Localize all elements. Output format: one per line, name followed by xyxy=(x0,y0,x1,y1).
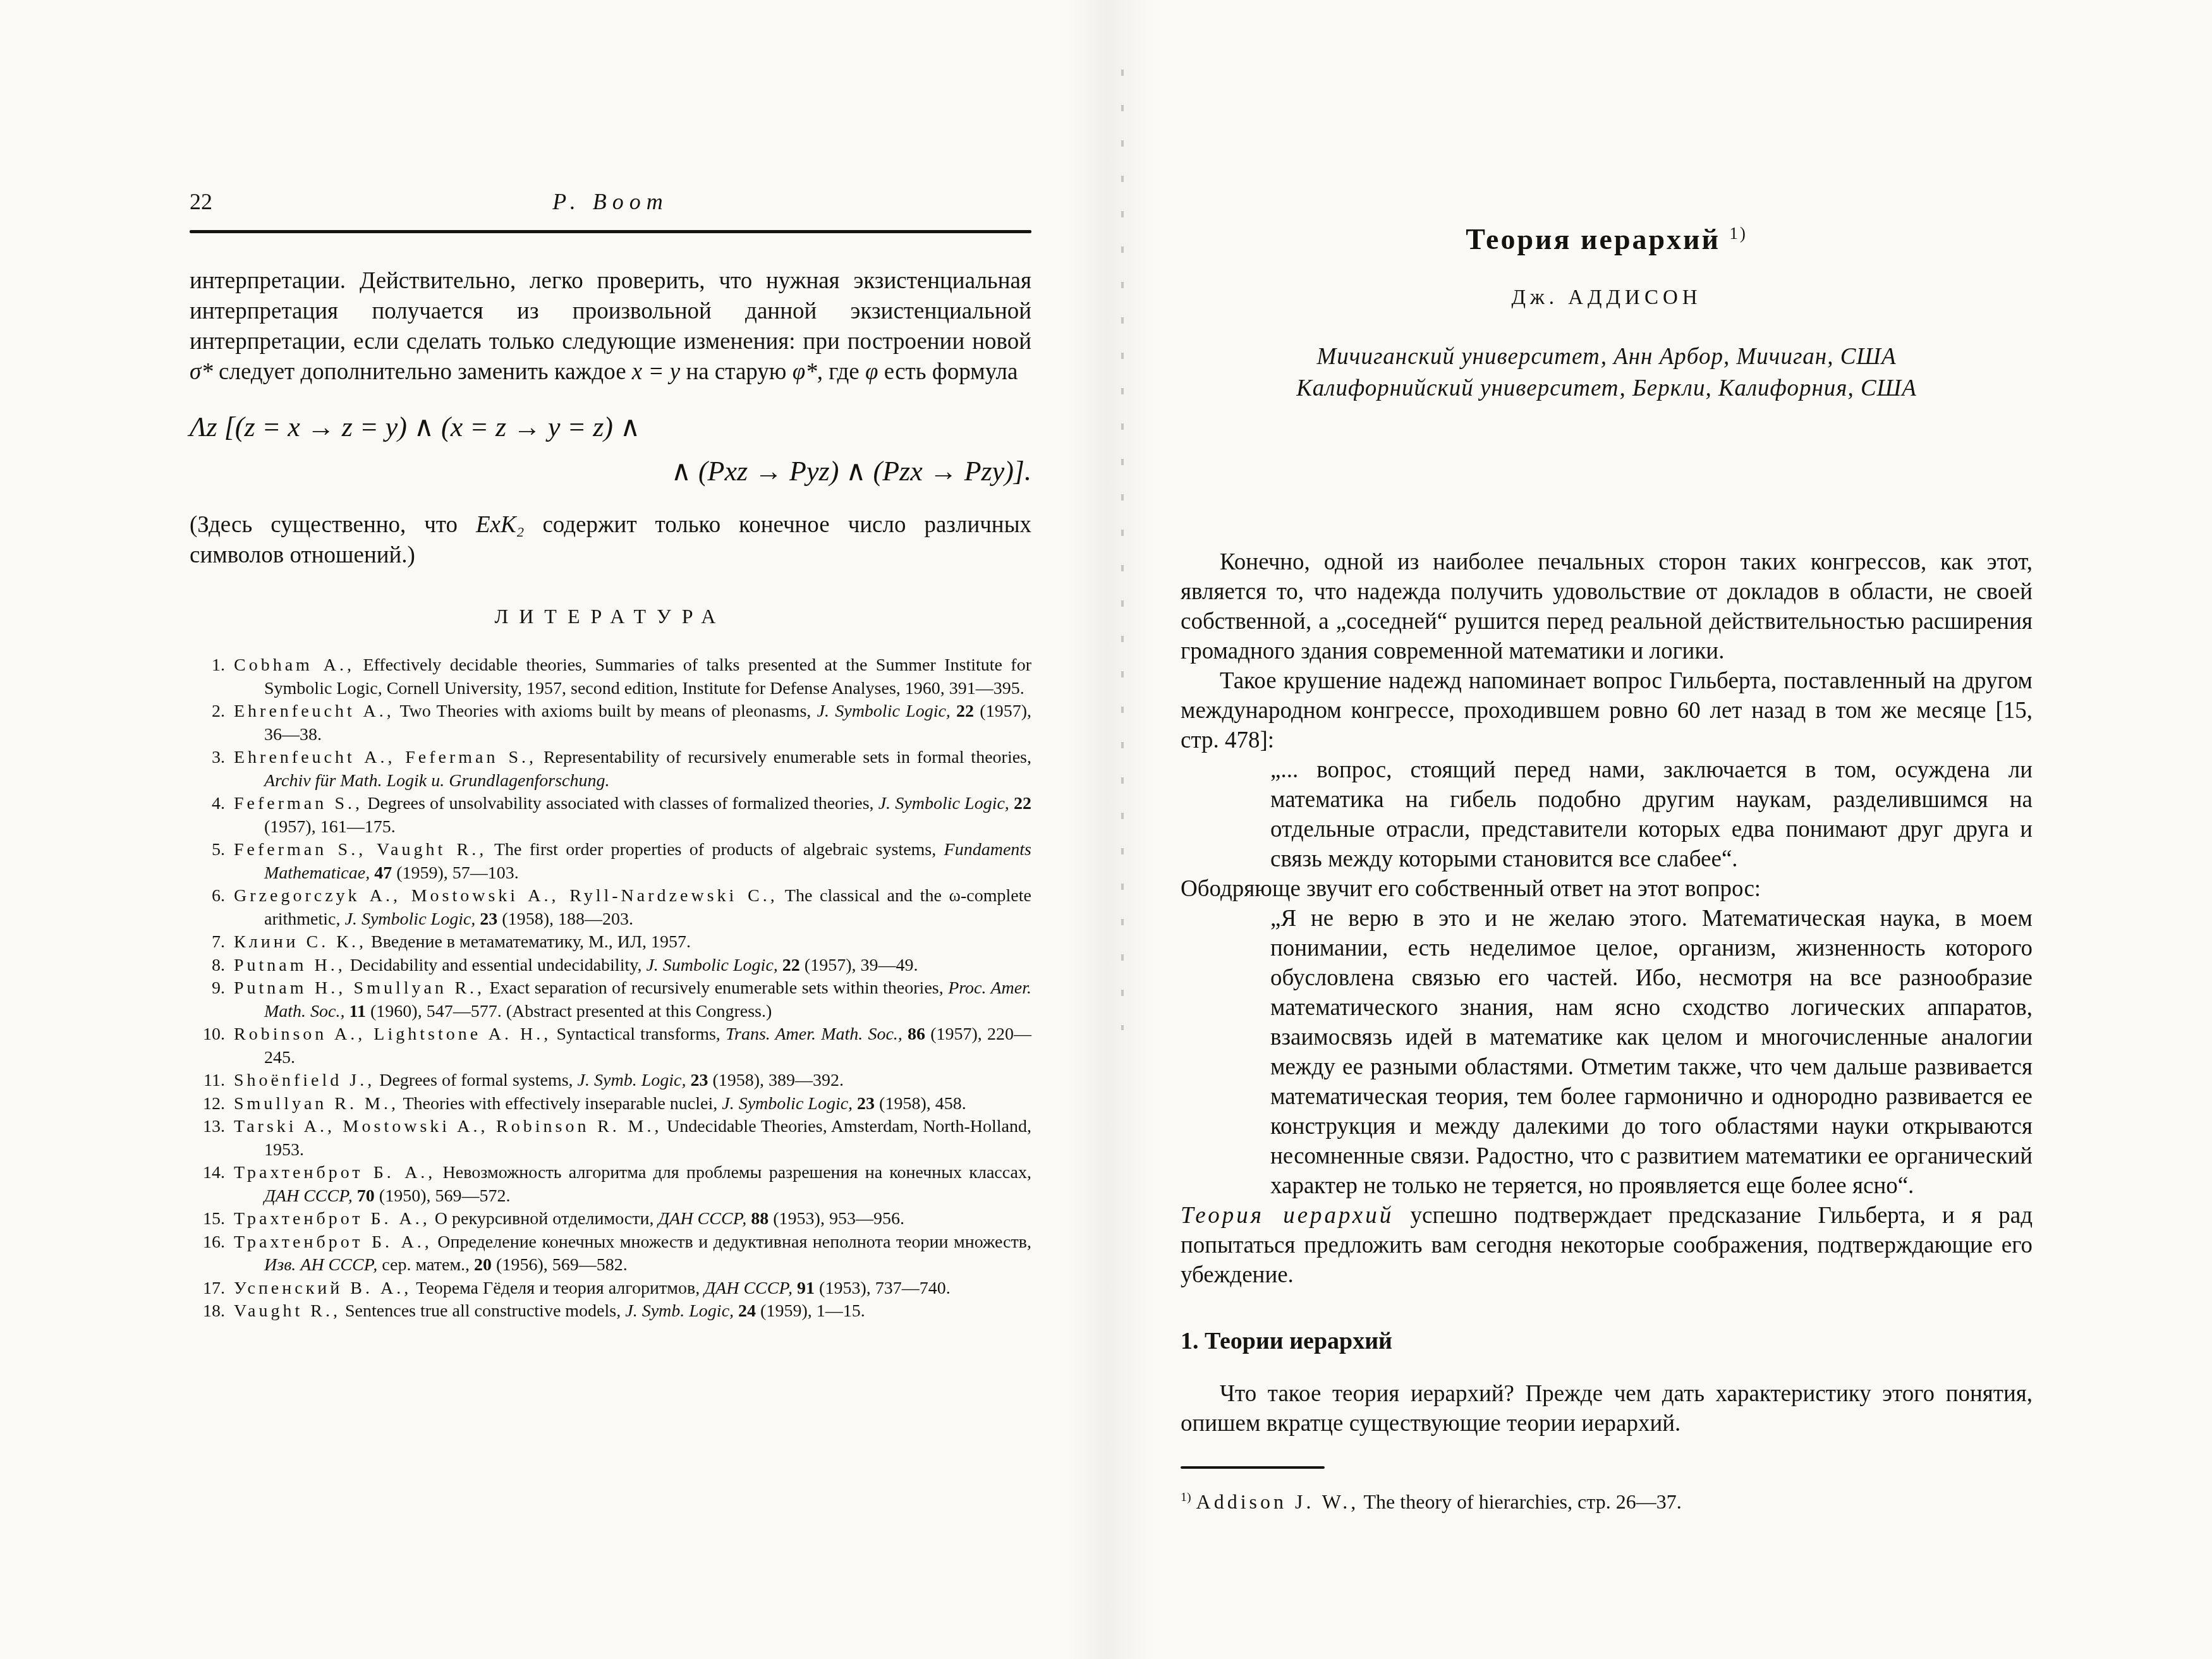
text-segment: Конечно, одной из наиболее печальных сто… xyxy=(1181,549,2033,664)
text-segment: Теорема Гёделя и теория алгоритмов, xyxy=(411,1279,704,1298)
reference-number: 9. xyxy=(190,977,225,1000)
reference-list: 1.Cobham A., Effectively decidable theor… xyxy=(190,654,1031,1323)
reference-number: 5. xyxy=(190,839,225,862)
text-segment: , где xyxy=(817,359,865,385)
text-segment: интерпретации. Действительно, легко пров… xyxy=(190,268,1031,355)
reference-number: 1. xyxy=(190,654,225,678)
paragraph: Ободряюще звучит его собственный ответ н… xyxy=(1181,874,2033,904)
article-body: Конечно, одной из наиболее печальных сто… xyxy=(1181,547,2033,1438)
text-segment: Putnam H., xyxy=(234,956,346,975)
text-segment: Theories with effectively inseparable nu… xyxy=(399,1094,722,1114)
text-segment: 11 xyxy=(349,1002,366,1021)
reference-number: 6. xyxy=(190,885,225,908)
footnote: 1) Addison J. W., The theory of hierarch… xyxy=(1181,1484,2033,1515)
text-segment: J. Symb. Logic, xyxy=(578,1071,691,1090)
text-segment: Shoënfield J., xyxy=(234,1071,375,1090)
reference-item: 3.Ehrenfeucht A., Feferman S., Represent… xyxy=(190,746,1031,793)
reference-item: 4.Feferman S., Degrees of unsolvability … xyxy=(190,793,1031,839)
text-segment: Exact separation of recursively enumerab… xyxy=(485,978,948,998)
text-segment: φ* xyxy=(793,359,817,385)
text-segment: Feferman S., xyxy=(234,794,363,813)
text-segment: Archiv für Math. Logik u. Grundlagenfors… xyxy=(264,771,609,791)
reference-item: 11.Shoënfield J., Degrees of formal syst… xyxy=(190,1069,1031,1093)
text-segment: ДАН СССР, xyxy=(264,1186,357,1206)
paragraph: Конечно, одной из наиболее печальных сто… xyxy=(1181,547,2033,666)
text-segment: Smullyan R. M., xyxy=(234,1094,399,1114)
reference-number: 4. xyxy=(190,793,225,816)
reference-number: 8. xyxy=(190,954,225,978)
paragraph: Такое крушение надежд напоминает вопрос … xyxy=(1181,666,2033,755)
left-page: 22 Р. Воот интерпретации. Действительно,… xyxy=(190,188,1031,1323)
article-title: Теория иерархий 1) xyxy=(1181,222,2033,256)
text-segment: Addison J. W., xyxy=(1196,1490,1359,1513)
text-segment: J. Sumbolic Logic, xyxy=(646,956,782,975)
text-segment: 47 xyxy=(374,863,392,883)
reference-item: 8.Putnam H., Decidability and essential … xyxy=(190,954,1031,978)
text-segment: Клини С. К., xyxy=(234,932,367,952)
text-segment: 23 xyxy=(690,1071,708,1090)
text-segment: 23 xyxy=(480,909,497,929)
article-title-text: Теория иерархий xyxy=(1466,223,1720,255)
text-segment: Syntactical transforms, xyxy=(551,1024,726,1044)
reference-item: 12.Smullyan R. M., Theories with effecti… xyxy=(190,1093,1031,1116)
text-segment: Cobham A., xyxy=(234,655,355,675)
footnote-rule xyxy=(1181,1466,1325,1469)
text-segment: Невозможность алгоритма для проблемы раз… xyxy=(435,1163,1031,1182)
bibliography-heading: ЛИТЕРАТУРА xyxy=(190,601,1031,631)
text-segment: сер. матем., xyxy=(382,1255,474,1275)
text-segment: Изв. АН СССР, xyxy=(264,1255,382,1275)
page-header: 22 Р. Воот xyxy=(190,188,1031,221)
text-segment: 88 xyxy=(751,1209,769,1229)
text-segment: (1956), 569—582. xyxy=(492,1255,628,1275)
text-segment: 22 xyxy=(956,702,974,721)
text-segment: 22 xyxy=(782,956,800,975)
text-segment: 91 xyxy=(797,1279,815,1298)
reference-number: 14. xyxy=(190,1162,225,1185)
text-segment: Robinson A., Lightstone A. H., xyxy=(234,1024,551,1044)
affiliation-line: Калифорнийский университет, Беркли, Кали… xyxy=(1181,373,2033,404)
gutter-scan-artifacts xyxy=(1121,70,1124,1030)
text-segment: Feferman S., Vaught R., xyxy=(234,840,487,860)
text-segment: x = y xyxy=(632,359,680,385)
reference-number: 10. xyxy=(190,1023,225,1047)
reference-item: 17.Успенский В. А., Теорема Гёделя и тео… xyxy=(190,1277,1031,1301)
text-segment: J. Symbolic Logic, xyxy=(878,794,1014,813)
text-segment: Degrees of formal systems, xyxy=(375,1071,577,1090)
paragraph: Теория иерархий успешно подтверждает пре… xyxy=(1181,1201,2033,1290)
text-segment: ДАН СССР, xyxy=(658,1209,751,1229)
reference-number: 13. xyxy=(190,1115,225,1139)
text-segment: ДАН СССР, xyxy=(704,1279,797,1298)
text-segment: Определение конечных множеств и дедуктив… xyxy=(432,1232,1031,1252)
text-segment: Effectively decidable theories, Summarie… xyxy=(264,655,1031,698)
reference-item: 6.Grzegorczyk A., Mostowski A., Ryll-Nar… xyxy=(190,885,1031,931)
text-segment: (1957), 161—175. xyxy=(264,817,396,837)
reference-item: 1.Cobham A., Effectively decidable theor… xyxy=(190,654,1031,700)
text-segment: J. Symbolic Logic, xyxy=(345,909,480,929)
text-segment: „... вопрос, стоящий перед нами, заключа… xyxy=(1270,757,2033,872)
text-segment: Что такое теория иерархий? Прежде чем да… xyxy=(1181,1381,2033,1437)
text-segment: (1950), 569—572. xyxy=(375,1186,511,1206)
text-segment: (Здесь существенно, что xyxy=(190,512,476,538)
reference-number: 12. xyxy=(190,1093,225,1116)
reference-number: 3. xyxy=(190,746,225,770)
text-segment: Теория иерархий xyxy=(1181,1203,1394,1229)
text-segment: Трахтенброт Б. А., xyxy=(234,1232,432,1252)
text-segment: Vaught R., xyxy=(234,1301,341,1321)
reference-number: 7. xyxy=(190,931,225,954)
text-segment: Sentences true all constructive models, xyxy=(341,1301,625,1321)
text-segment: 22 xyxy=(1014,794,1031,813)
text-segment: 70 xyxy=(357,1186,375,1206)
text-segment: „Я не верю в это и не желаю этого. Матем… xyxy=(1270,906,2033,1199)
text-segment: Введение в метаматематику, М., ИЛ, 1957. xyxy=(367,932,691,952)
text-segment: (1958), 188—203. xyxy=(497,909,633,929)
text-segment xyxy=(1191,1490,1196,1513)
text-segment: на старую xyxy=(680,359,793,385)
reference-number: 11. xyxy=(190,1069,225,1093)
page-fold-shadow xyxy=(1067,0,1155,1659)
text-segment: σ* xyxy=(190,359,213,385)
section-heading: 1. Теории иерархий xyxy=(1181,1327,2033,1356)
text-segment: Такое крушение надежд напоминает вопрос … xyxy=(1181,668,2033,753)
text-segment: Трахтенброт Б. А., xyxy=(234,1163,435,1182)
text-segment: есть формула xyxy=(878,359,1018,385)
running-header: Р. Воот xyxy=(190,188,1031,215)
text-segment: φ xyxy=(865,359,878,385)
text-segment: 20 xyxy=(474,1255,492,1275)
formula-line-1: Λz [(z = x → z = y) ∧ (x = z → y = z) ∧ xyxy=(190,405,1031,449)
text-segment: Успенский В. А., xyxy=(234,1279,411,1298)
reference-item: 2.Ehrenfeucht A., Two Theories with axio… xyxy=(190,700,1031,746)
text-segment: Decidability and essential undecidabilit… xyxy=(346,956,647,975)
text-segment: следует дополнительно заменить каждое xyxy=(213,359,632,385)
reference-item: 15.Трахтенброт Б. А., О рекурсивной отде… xyxy=(190,1208,1031,1231)
quote-paragraph: „... вопрос, стоящий перед нами, заключа… xyxy=(1270,755,2033,874)
reference-number: 17. xyxy=(190,1277,225,1301)
formula-line-2: ∧ (Pxz → Pyz) ∧ (Pzx → Pzy)]. xyxy=(190,449,1031,494)
quote-paragraph: „Я не верю в это и не желаю этого. Матем… xyxy=(1270,904,2033,1201)
text-segment: Ободряюще звучит его собственный ответ н… xyxy=(1181,876,1761,902)
reference-item: 13.Tarski A., Mostowski A., Robinson R. … xyxy=(190,1115,1031,1162)
text-segment: Ehrenfeucht A., xyxy=(234,702,394,721)
text-segment: J. Symbolic Logic, xyxy=(722,1094,857,1114)
text-segment: Two Theories with axioms built by means … xyxy=(394,702,817,721)
reference-item: 5.Feferman S., Vaught R., The first orde… xyxy=(190,839,1031,885)
text-segment: (1960), 547—577. (Abstract presented at … xyxy=(366,1002,772,1021)
text-segment: (1953), 737—740. xyxy=(815,1279,951,1298)
reference-number: 2. xyxy=(190,700,225,724)
text-segment: 86 xyxy=(908,1024,925,1044)
reference-item: 10.Robinson A., Lightstone A. H., Syntac… xyxy=(190,1023,1031,1069)
text-segment: Putnam H., Smullyan R., xyxy=(234,978,485,998)
reference-item: 7.Клини С. К., Введение в метаматематику… xyxy=(190,931,1031,954)
text-segment: Ehrenfeucht A., Feferman S., xyxy=(234,748,537,767)
text-segment: 1. Теории иерархий xyxy=(1181,1328,1392,1354)
text-segment: J. Symb. Logic, xyxy=(625,1301,738,1321)
intro-paragraph: интерпретации. Действительно, легко пров… xyxy=(190,266,1031,387)
text-segment: The first order properties of products o… xyxy=(487,840,944,860)
text-segment: (1957), 39—49. xyxy=(800,956,918,975)
text-segment: Grzegorczyk A., Mostowski A., Ryll-Nardz… xyxy=(234,886,778,906)
text-segment: (1958), 389—392. xyxy=(708,1071,844,1090)
text-segment: (1959), 57—103. xyxy=(392,863,519,883)
reference-number: 15. xyxy=(190,1208,225,1231)
text-segment: The theory of hierarchies, стр. 26—37. xyxy=(1359,1490,1682,1513)
article-author: Дж. АДДИСОН xyxy=(1181,286,2033,310)
text-segment: Трахтенброт Б. А., xyxy=(234,1209,430,1229)
right-page: Теория иерархий 1) Дж. АДДИСОН Мичиганск… xyxy=(1181,207,2033,1515)
text-segment: О рекурсивной отделимости, xyxy=(430,1209,659,1229)
reference-number: 16. xyxy=(190,1231,225,1255)
text-segment: (1953), 953—956. xyxy=(769,1209,904,1229)
text-segment: Degrees of unsolvability associated with… xyxy=(363,794,878,813)
text-segment: Trans. Amer. Math. Soc., xyxy=(726,1024,908,1044)
note-paragraph: (Здесь существенно, что ExK₂ содержит то… xyxy=(190,510,1031,571)
book-scan-spread: { "left_page": { "page_number": "22", "r… xyxy=(0,0,2212,1659)
formula-block: Λz [(z = x → z = y) ∧ (x = z → y = z) ∧ … xyxy=(190,405,1031,494)
header-rule xyxy=(190,230,1031,233)
title-footnote-mark: 1) xyxy=(1730,224,1747,243)
reference-item: 18.Vaught R., Sentences true all constru… xyxy=(190,1300,1031,1323)
reference-item: 14.Трахтенброт Б. А., Невозможность алго… xyxy=(190,1162,1031,1208)
text-segment: ExK₂ xyxy=(476,512,525,538)
text-segment: 1) xyxy=(1181,1490,1191,1504)
text-segment: Tarski A., Mostowski A., Robinson R. M., xyxy=(234,1117,662,1136)
text-segment: 23 xyxy=(857,1094,875,1114)
reference-item: 9.Putnam H., Smullyan R., Exact separati… xyxy=(190,977,1031,1023)
reference-item: 16.Трахтенброт Б. А., Определение конечн… xyxy=(190,1231,1031,1277)
reference-number: 18. xyxy=(190,1300,225,1323)
affiliation-line: Мичиганский университет, Анн Арбор, Мичи… xyxy=(1181,341,2033,373)
text-segment: (1959), 1—15. xyxy=(756,1301,865,1321)
text-segment: Representability of recursively enumerab… xyxy=(537,748,1031,767)
paragraph: Что такое теория иерархий? Прежде чем да… xyxy=(1181,1379,2033,1438)
text-segment: (1958), 458. xyxy=(875,1094,966,1114)
text-segment: J. Symbolic Logic, xyxy=(817,702,957,721)
text-segment: 24 xyxy=(738,1301,756,1321)
article-affiliations: Мичиганский университет, Анн Арбор, Мичи… xyxy=(1181,341,2033,404)
